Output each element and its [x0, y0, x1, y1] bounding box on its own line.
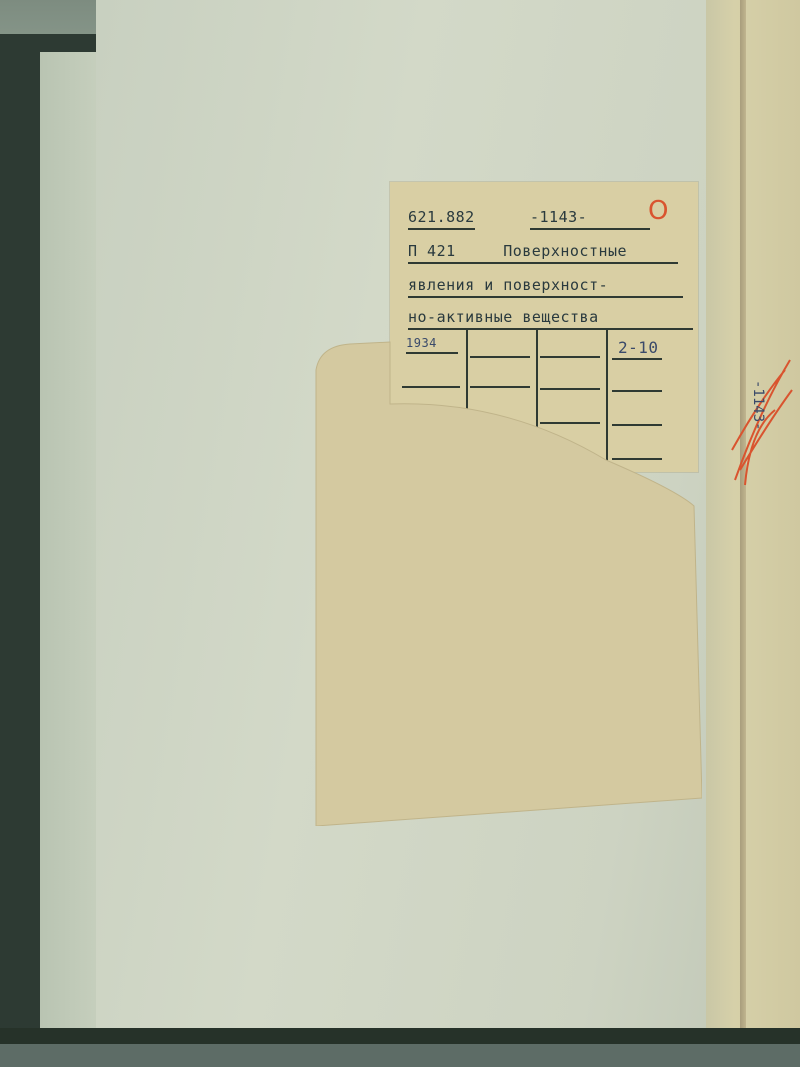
red-pencil-mark: О	[648, 196, 668, 226]
side-inventory-number: -1143-	[750, 380, 766, 431]
page-gutter	[740, 0, 746, 1030]
table-surface	[0, 1044, 800, 1067]
card-title-line-1: Поверхностные	[503, 242, 627, 260]
card-pocket	[306, 340, 702, 826]
card-classification: 621.882	[408, 208, 475, 230]
facing-page	[706, 0, 800, 1030]
card-call-line: П 421 Поверхностные	[408, 242, 678, 264]
card-title-line-3: но-активные вещества	[408, 308, 693, 330]
side-annotation: -1143-	[730, 350, 800, 490]
card-inventory-number: -1143-	[530, 208, 650, 230]
card-call-number: П 421	[408, 242, 456, 260]
card-pocket-shape	[306, 340, 702, 826]
endpaper-strip	[40, 52, 100, 1032]
book-cover-bottom	[0, 1028, 800, 1044]
card-title-line-2: явления и поверхност-	[408, 276, 683, 298]
